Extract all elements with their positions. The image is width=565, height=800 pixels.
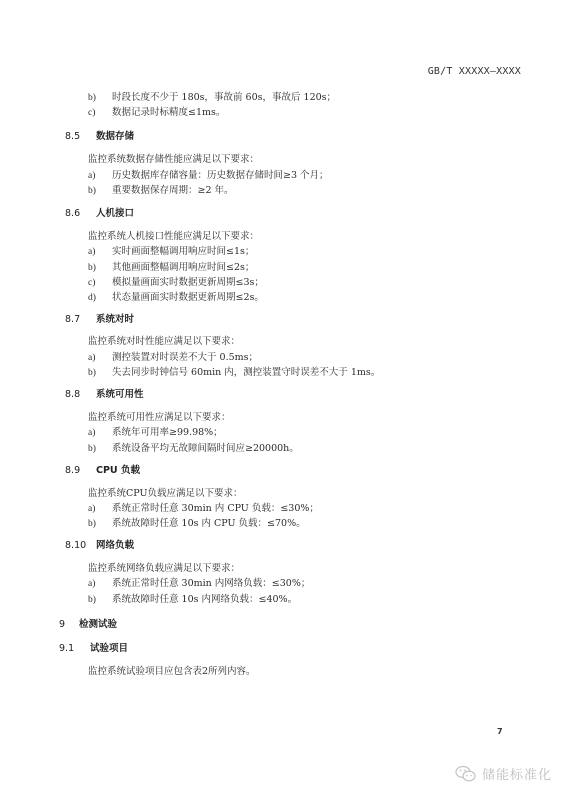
item-letter: a) xyxy=(88,170,112,182)
list-item: a)实时画面整幅调用响应时间≤1s； xyxy=(88,246,254,258)
list-item: c)模拟量画面实时数据更新周期≤3s； xyxy=(88,277,264,289)
list-item: a)历史数据库存储容量：历史数据存储时间≥3 个月； xyxy=(88,170,329,182)
item-text: 实时画面整幅调用响应时间≤1s； xyxy=(112,246,254,257)
item-text: 失去同步时钟信号 60min 内，测控装置守时误差不大于 1ms。 xyxy=(112,367,380,378)
section-intro: 监控系统人机接口性能应满足以下要求： xyxy=(88,231,259,243)
document-code: GB/T XXXXX—XXXX xyxy=(428,66,521,77)
item-letter: b) xyxy=(88,594,112,606)
section-number: 8.5 xyxy=(65,131,96,143)
list-item: b)系统设备平均无故障间隔时间应≥20000h。 xyxy=(88,443,299,455)
item-text: 历史数据库存储容量：历史数据存储时间≥3 个月； xyxy=(112,170,329,181)
section-intro: 监控系统对时性能应满足以下要求： xyxy=(88,336,240,348)
item-letter: b) xyxy=(88,367,112,379)
section-title: 系统对时 xyxy=(96,314,134,325)
item-letter: b) xyxy=(88,518,112,530)
section-number: 8.8 xyxy=(65,389,96,401)
item-letter: b) xyxy=(88,92,112,104)
section-heading-9-1: 9.1试验项目 xyxy=(59,643,128,655)
item-text: 测控装置对时误差不大于 0.5ms； xyxy=(112,352,258,363)
section-number: 8.7 xyxy=(65,314,96,326)
item-text: 系统年可用率≥99.98%； xyxy=(112,427,223,438)
section-heading-8-5: 8.5数据存储 xyxy=(65,131,134,143)
item-letter: a) xyxy=(88,578,112,590)
item-letter: a) xyxy=(88,352,112,364)
section-heading-9: 9检测试验 xyxy=(59,619,117,631)
section-title: 人机接口 xyxy=(96,208,134,219)
section-title: 数据存储 xyxy=(96,131,134,142)
list-item: a)系统正常时任意 30min 内 CPU 负载：≤30%； xyxy=(88,503,319,515)
list-item: b)时段长度不少于 180s，事故前 60s，事故后 120s； xyxy=(88,92,336,104)
item-text: 系统故障时任意 10s 内 CPU 负载：≤70%。 xyxy=(112,518,306,529)
wechat-icon xyxy=(455,765,477,783)
item-text: 数据记录时标精度≤1ms。 xyxy=(112,107,225,118)
list-item: d)状态量画面实时数据更新周期≤2s。 xyxy=(88,292,264,304)
item-letter: a) xyxy=(88,427,112,439)
item-letter: d) xyxy=(88,292,112,304)
list-item: a)系统正常时任意 30min 内网络负载：≤30%； xyxy=(88,578,310,590)
item-letter: c) xyxy=(88,107,112,119)
section-heading-8-7: 8.7系统对时 xyxy=(65,314,134,326)
section-intro: 监控系统网络负载应满足以下要求： xyxy=(88,563,240,575)
watermark-text: 储能标准化 xyxy=(482,764,552,783)
page-number: 7 xyxy=(497,727,503,736)
section-number: 8.6 xyxy=(65,208,96,220)
section-number: 9.1 xyxy=(59,643,90,655)
section-title: CPU 负载 xyxy=(96,465,140,476)
list-item: c)数据记录时标精度≤1ms。 xyxy=(88,107,225,119)
section-heading-8-9: 8.9CPU 负载 xyxy=(65,465,140,477)
item-text: 时段长度不少于 180s，事故前 60s，事故后 120s； xyxy=(112,92,336,103)
item-text: 系统正常时任意 30min 内 CPU 负载：≤30%； xyxy=(112,503,319,514)
list-item: b)系统故障时任意 10s 内网络负载：≤40%。 xyxy=(88,594,297,606)
section-intro: 监控系统数据存储性能应满足以下要求： xyxy=(88,154,259,166)
section-heading-8-10: 8.10网络负载 xyxy=(65,540,134,552)
item-text: 系统正常时任意 30min 内网络负载：≤30%； xyxy=(112,578,310,589)
item-text: 系统设备平均无故障间隔时间应≥20000h。 xyxy=(112,443,299,454)
item-text: 系统故障时任意 10s 内网络负载：≤40%。 xyxy=(112,594,297,605)
list-item: b)失去同步时钟信号 60min 内，测控装置守时误差不大于 1ms。 xyxy=(88,367,380,379)
list-item: b)重要数据保存周期：≥2 年。 xyxy=(88,185,234,197)
section-title: 检测试验 xyxy=(79,619,117,630)
item-letter: a) xyxy=(88,246,112,258)
item-text: 状态量画面实时数据更新周期≤2s。 xyxy=(112,292,264,303)
list-item: a)测控装置对时误差不大于 0.5ms； xyxy=(88,352,258,364)
item-letter: a) xyxy=(88,503,112,515)
item-text: 模拟量画面实时数据更新周期≤3s； xyxy=(112,277,264,288)
section-intro: 监控系统可用性应满足以下要求： xyxy=(88,412,231,424)
section-title: 系统可用性 xyxy=(96,389,144,400)
item-letter: b) xyxy=(88,185,112,197)
list-item: b)系统故障时任意 10s 内 CPU 负载：≤70%。 xyxy=(88,518,306,530)
list-item: a)系统年可用率≥99.98%； xyxy=(88,427,223,439)
section-intro: 监控系统试验项目应包含表2所列内容。 xyxy=(88,666,256,678)
section-intro: 监控系统CPU负载应满足以下要求： xyxy=(88,488,243,500)
list-item: b)其他画面整幅调用响应时间≤2s； xyxy=(88,262,254,274)
item-letter: b) xyxy=(88,443,112,455)
section-heading-8-6: 8.6人机接口 xyxy=(65,208,134,220)
section-number: 9 xyxy=(59,619,79,631)
item-text: 重要数据保存周期：≥2 年。 xyxy=(112,185,234,196)
watermark: 储能标准化 xyxy=(455,764,552,783)
section-number: 8.9 xyxy=(65,465,96,477)
section-title: 试验项目 xyxy=(90,643,128,654)
section-heading-8-8: 8.8系统可用性 xyxy=(65,389,144,401)
item-letter: c) xyxy=(88,277,112,289)
section-title: 网络负载 xyxy=(96,540,134,551)
item-letter: b) xyxy=(88,262,112,274)
item-text: 其他画面整幅调用响应时间≤2s； xyxy=(112,262,254,273)
section-number: 8.10 xyxy=(65,540,96,552)
